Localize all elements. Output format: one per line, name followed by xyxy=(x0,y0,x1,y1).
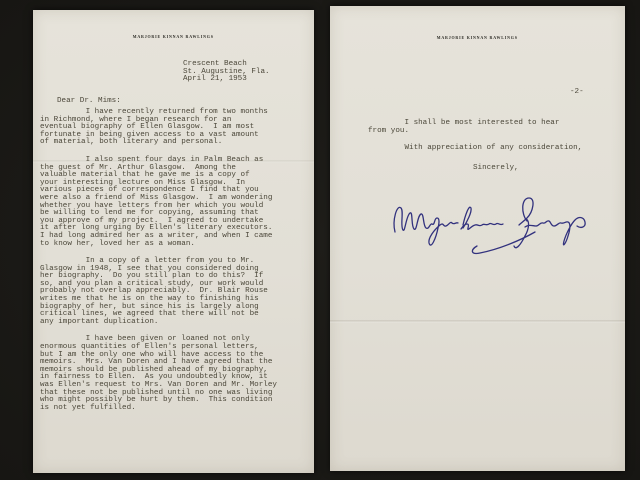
letter-body-page1: I have recently returned from two months… xyxy=(40,109,277,422)
letterhead-text-page1: MARJORIE KINNAN RAWLINGS xyxy=(133,35,214,39)
paragraph-4: I have been given or loaned not only eno… xyxy=(40,336,277,412)
fold-crease-page2 xyxy=(330,320,625,323)
letter-body-page2: I shall be most interested to hear from … xyxy=(368,120,582,163)
paragraph-3: In a copy of a letter from you to Mr. Gl… xyxy=(40,258,277,326)
letterhead-block-page2: MARJORIE KINNAN RAWLINGS xyxy=(330,36,625,47)
letterhead-text-page2: MARJORIE KINNAN RAWLINGS xyxy=(437,36,518,40)
letter-page-1: MARJORIE KINNAN RAWLINGS Crescent Beach … xyxy=(33,10,314,473)
closing-sincerely: Sincerely, xyxy=(473,165,519,173)
letter-page-2: MARJORIE KINNAN RAWLINGS -2- I shall be … xyxy=(330,6,625,471)
salutation: Dear Dr. Mims: xyxy=(57,98,121,106)
photo-background: MARJORIE KINNAN RAWLINGS Crescent Beach … xyxy=(0,0,640,480)
paragraph-2: I also spent four days in Palm Beach as … xyxy=(40,157,277,248)
address-date-block: Crescent Beach St. Augustine, Fla. April… xyxy=(183,61,270,84)
paragraph-6: With appreciation of any consideration, xyxy=(368,145,582,153)
handwritten-signature-marjorie-kinnan-rawlings xyxy=(385,188,605,266)
letterhead-block-page1: MARJORIE KINNAN RAWLINGS xyxy=(33,35,314,46)
paragraph-5: I shall be most interested to hear from … xyxy=(368,120,582,135)
paragraph-1: I have recently returned from two months… xyxy=(40,109,277,147)
page-number: -2- xyxy=(570,89,584,97)
